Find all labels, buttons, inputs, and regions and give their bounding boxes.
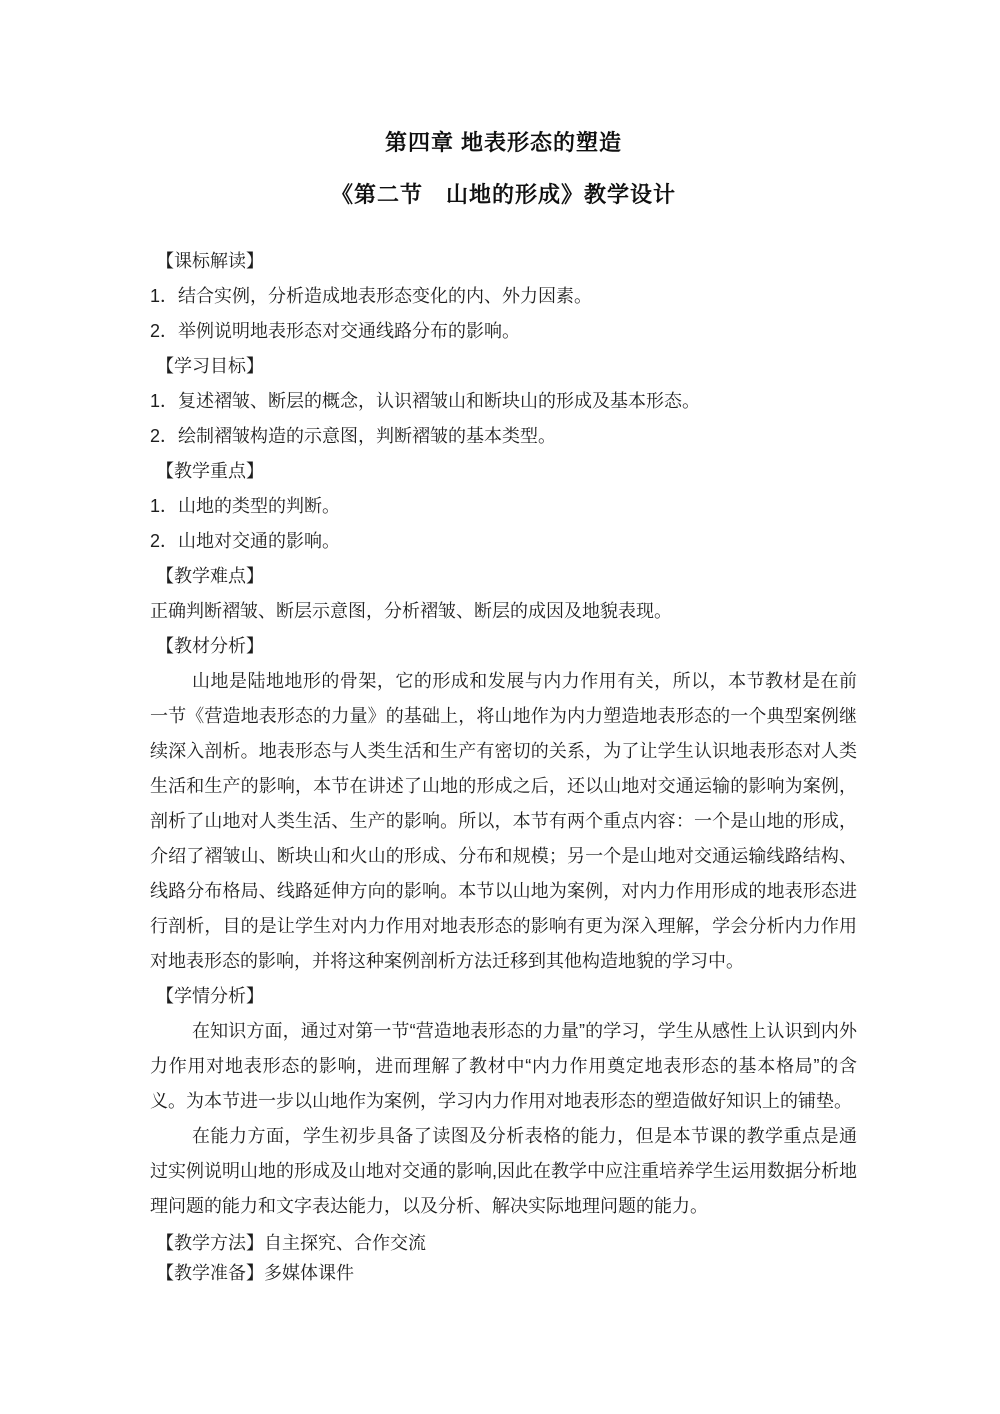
chapter-title: 第四章 地表形态的塑造 bbox=[150, 130, 857, 156]
lesson-title: 《第二节 山地的形成》教学设计 bbox=[150, 182, 857, 208]
section-heading-teaching-preparation: 【教学准备】 bbox=[156, 1263, 264, 1283]
paragraph-learner-knowledge: 在知识方面，通过对第一节“营造地表形态的力量”的学习，学生从感性上认识到内外力作… bbox=[150, 1014, 857, 1119]
list-item: 正确判断褶皱、断层示意图，分析褶皱、断层的成因及地貌表现。 bbox=[150, 594, 857, 629]
list-item: 2．绘制褶皱构造的示意图，判断褶皱的基本类型。 bbox=[150, 419, 857, 454]
teaching-method-content: 自主探究、合作交流 bbox=[264, 1233, 426, 1253]
paragraph-material-analysis: 山地是陆地地形的骨架，它的形成和发展与内力作用有关，所以，本节教材是在前一节《营… bbox=[150, 664, 857, 979]
section-heading-objectives: 【学习目标】 bbox=[150, 349, 857, 384]
list-item: 2．山地对交通的影响。 bbox=[150, 524, 857, 559]
section-line-teaching-method: 【教学方法】自主探究、合作交流 bbox=[150, 1228, 857, 1258]
section-heading-material-analysis: 【教材分析】 bbox=[150, 629, 857, 664]
paragraph-learner-ability: 在能力方面，学生初步具备了读图及分析表格的能力，但是本节课的教学重点是通过实例说… bbox=[150, 1119, 857, 1224]
section-line-teaching-preparation: 【教学准备】多媒体课件 bbox=[150, 1258, 857, 1288]
list-item: 2．举例说明地表形态对交通线路分布的影响。 bbox=[150, 314, 857, 349]
list-item: 1．结合实例，分析造成地表形态变化的内、外力因素。 bbox=[150, 279, 857, 314]
document-page: 第四章 地表形态的塑造 《第二节 山地的形成》教学设计 【课标解读】 1．结合实… bbox=[0, 0, 1000, 1414]
section-heading-difficulties: 【教学难点】 bbox=[150, 559, 857, 594]
section-heading-curriculum: 【课标解读】 bbox=[150, 244, 857, 279]
document-body: 【课标解读】 1．结合实例，分析造成地表形态变化的内、外力因素。 2．举例说明地… bbox=[150, 244, 857, 1288]
list-item: 1．复述褶皱、断层的概念，认识褶皱山和断块山的形成及基本形态。 bbox=[150, 384, 857, 419]
section-heading-learner-analysis: 【学情分析】 bbox=[150, 979, 857, 1014]
section-heading-teaching-method: 【教学方法】 bbox=[156, 1233, 264, 1253]
teaching-preparation-content: 多媒体课件 bbox=[264, 1263, 354, 1283]
section-heading-key-points: 【教学重点】 bbox=[150, 454, 857, 489]
list-item: 1．山地的类型的判断。 bbox=[150, 489, 857, 524]
